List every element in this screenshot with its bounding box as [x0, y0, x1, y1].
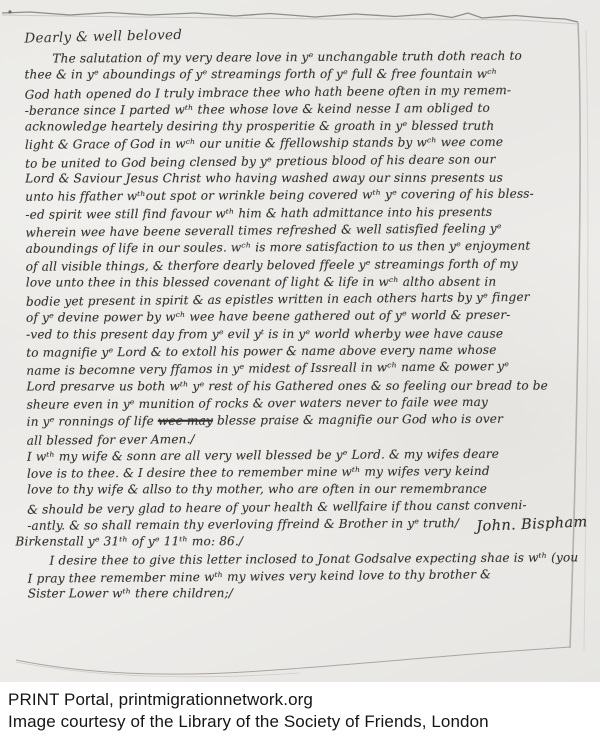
strike-line-pre: in yᵉ ronnings of life [27, 414, 158, 429]
strike-line-post: blesse praise & magnifie our God who is … [213, 412, 503, 428]
letter-dateline: Birkenstall yᵉ 31ᵗʰ of yᵉ 11ᵗʰ mo: 86./ [15, 533, 591, 551]
struck-words: wee may [158, 414, 213, 428]
letter-line: Lord & Saviour Jesus Christ who having w… [25, 170, 589, 188]
caption: PRINT Portal, printmigrationnetwork.org … [0, 682, 600, 740]
letter-body: Dearly & well beloved The salutation of … [24, 22, 592, 604]
caption-line-2: Image courtesy of the Library of the Soc… [8, 711, 600, 733]
letter-line: -ved to this present day from yᵉ evil yᵗ… [26, 325, 590, 343]
manuscript-scan: Dearly & well beloved The salutation of … [0, 0, 600, 682]
caption-line-1: PRINT Portal, printmigrationnetwork.org [8, 689, 600, 711]
letter-line: of all visible things, & therfore dearly… [26, 255, 590, 276]
letter-line: unto his ffather wᵗʰout spot or wrinkle … [25, 186, 589, 207]
letter-line: acknowledge heartely desiring thy prospe… [25, 118, 589, 136]
letter-line: Lord presarve us both wᵗʰ yᵉ rest of his… [26, 377, 590, 395]
letter-postscript-line: Sister Lower wᵗʰ there children;/ [28, 585, 592, 603]
screenshot-root: Dearly & well beloved The salutation of … [0, 0, 600, 740]
